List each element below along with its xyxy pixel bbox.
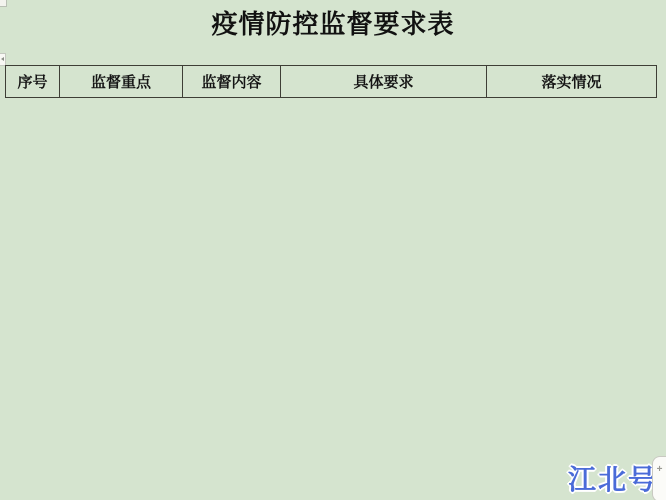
col-header-seq[interactable]: 序号	[6, 66, 60, 98]
left-triangle-icon	[1, 57, 4, 61]
plus-icon: +	[655, 465, 664, 474]
col-header-focus[interactable]: 监督重点	[60, 66, 183, 98]
col-header-requirement[interactable]: 具体要求	[281, 66, 487, 98]
spreadsheet-page: 疫情防控监督要求表 序号 监督重点 监督内容 具体要求 落实情况 江北号 +	[0, 0, 666, 500]
col-header-content[interactable]: 监督内容	[183, 66, 281, 98]
watermark-jiangbeihao: 江北号	[568, 458, 658, 498]
requirements-table: 序号 监督重点 监督内容 具体要求 落实情况	[5, 65, 657, 98]
col-header-status[interactable]: 落实情况	[487, 66, 657, 98]
page-title: 疫情防控监督要求表	[0, 4, 666, 41]
floating-button-fragment[interactable]: +	[652, 456, 666, 500]
header-row: 序号 监督重点 监督内容 具体要求 落实情况	[6, 66, 657, 98]
